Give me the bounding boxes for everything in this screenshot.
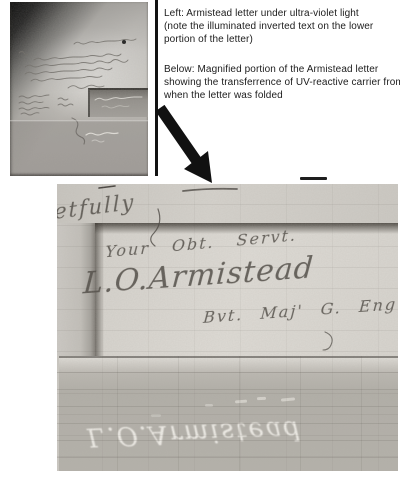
caption-left-line: (note the illuminated inverted text on t… (164, 20, 400, 33)
caption-left-line: Left: Armistead letter under ultra-viole… (164, 7, 400, 20)
caption-below-line: Below: Magnified portion of the Armistea… (164, 63, 400, 76)
caption-left-line: portion of the letter) (164, 33, 400, 46)
arrow-icon (150, 103, 218, 189)
scan-page: Left: Armistead letter under ultra-viole… (0, 0, 400, 477)
uv-letter-photo (10, 2, 148, 176)
pen-strokes (57, 184, 398, 471)
caption-left: Left: Armistead letter under ultra-viole… (164, 7, 400, 46)
caption-below: Below: Magnified portion of the Armistea… (164, 63, 400, 102)
magnified-letter-photo: L.O.Armistead etfully Your Obt. Servt. L… (57, 184, 398, 471)
caption-below-line: showing the transferrence of UV-reactive… (164, 76, 400, 89)
stray-mark (300, 177, 327, 180)
uv-inverted-glow-strokes (10, 2, 148, 176)
caption-below-line: when the letter was folded (164, 89, 400, 102)
